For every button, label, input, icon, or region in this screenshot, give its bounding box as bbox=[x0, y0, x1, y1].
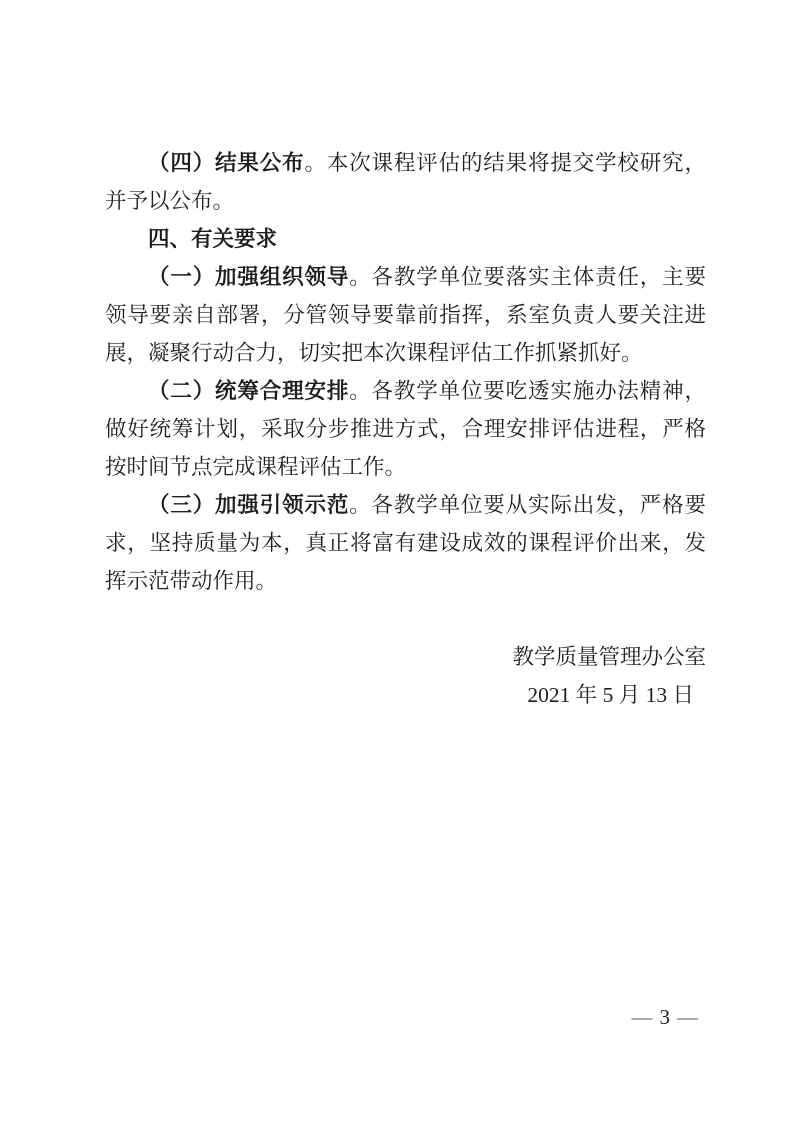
signature-date: 2021 年 5 月 13 日 bbox=[105, 676, 706, 714]
page-number-dash-left: — bbox=[626, 1005, 660, 1029]
document-page: （四）结果公布。本次课程评估的结果将提交学校研究，并予以公布。 四、有关要求 （… bbox=[0, 0, 793, 1122]
signature-organization: 教学质量管理办公室 bbox=[105, 638, 706, 676]
paragraph-overall-arrangement: （二）统筹合理安排。各教学单位要吃透实施办法精神，做好统筹计划，采取分步推进方式… bbox=[105, 372, 706, 486]
paragraph-result-announcement: （四）结果公布。本次课程评估的结果将提交学校研究，并予以公布。 bbox=[105, 144, 706, 220]
page-number-dash-right: — bbox=[671, 1005, 705, 1029]
page-number: —3— bbox=[626, 1003, 706, 1031]
paragraph-lead: （二）统筹合理安排 bbox=[148, 379, 349, 403]
paragraph-demonstration-guidance: （三）加强引领示范。各教学单位要从实际出发，严格要求，坚持质量为本，真正将富有建… bbox=[105, 486, 706, 600]
paragraph-lead: （三）加强引领示范 bbox=[148, 493, 349, 517]
document-body: （四）结果公布。本次课程评估的结果将提交学校研究，并予以公布。 四、有关要求 （… bbox=[105, 144, 706, 714]
paragraph-lead: （一）加强组织领导 bbox=[148, 265, 349, 289]
section-heading-requirements: 四、有关要求 bbox=[105, 220, 706, 258]
paragraph-lead: （四）结果公布 bbox=[148, 151, 304, 175]
page-number-value: 3 bbox=[660, 1005, 672, 1029]
paragraph-organization-leadership: （一）加强组织领导。各教学单位要落实主体责任，主要领导要亲自部署，分管领导要靠前… bbox=[105, 258, 706, 372]
